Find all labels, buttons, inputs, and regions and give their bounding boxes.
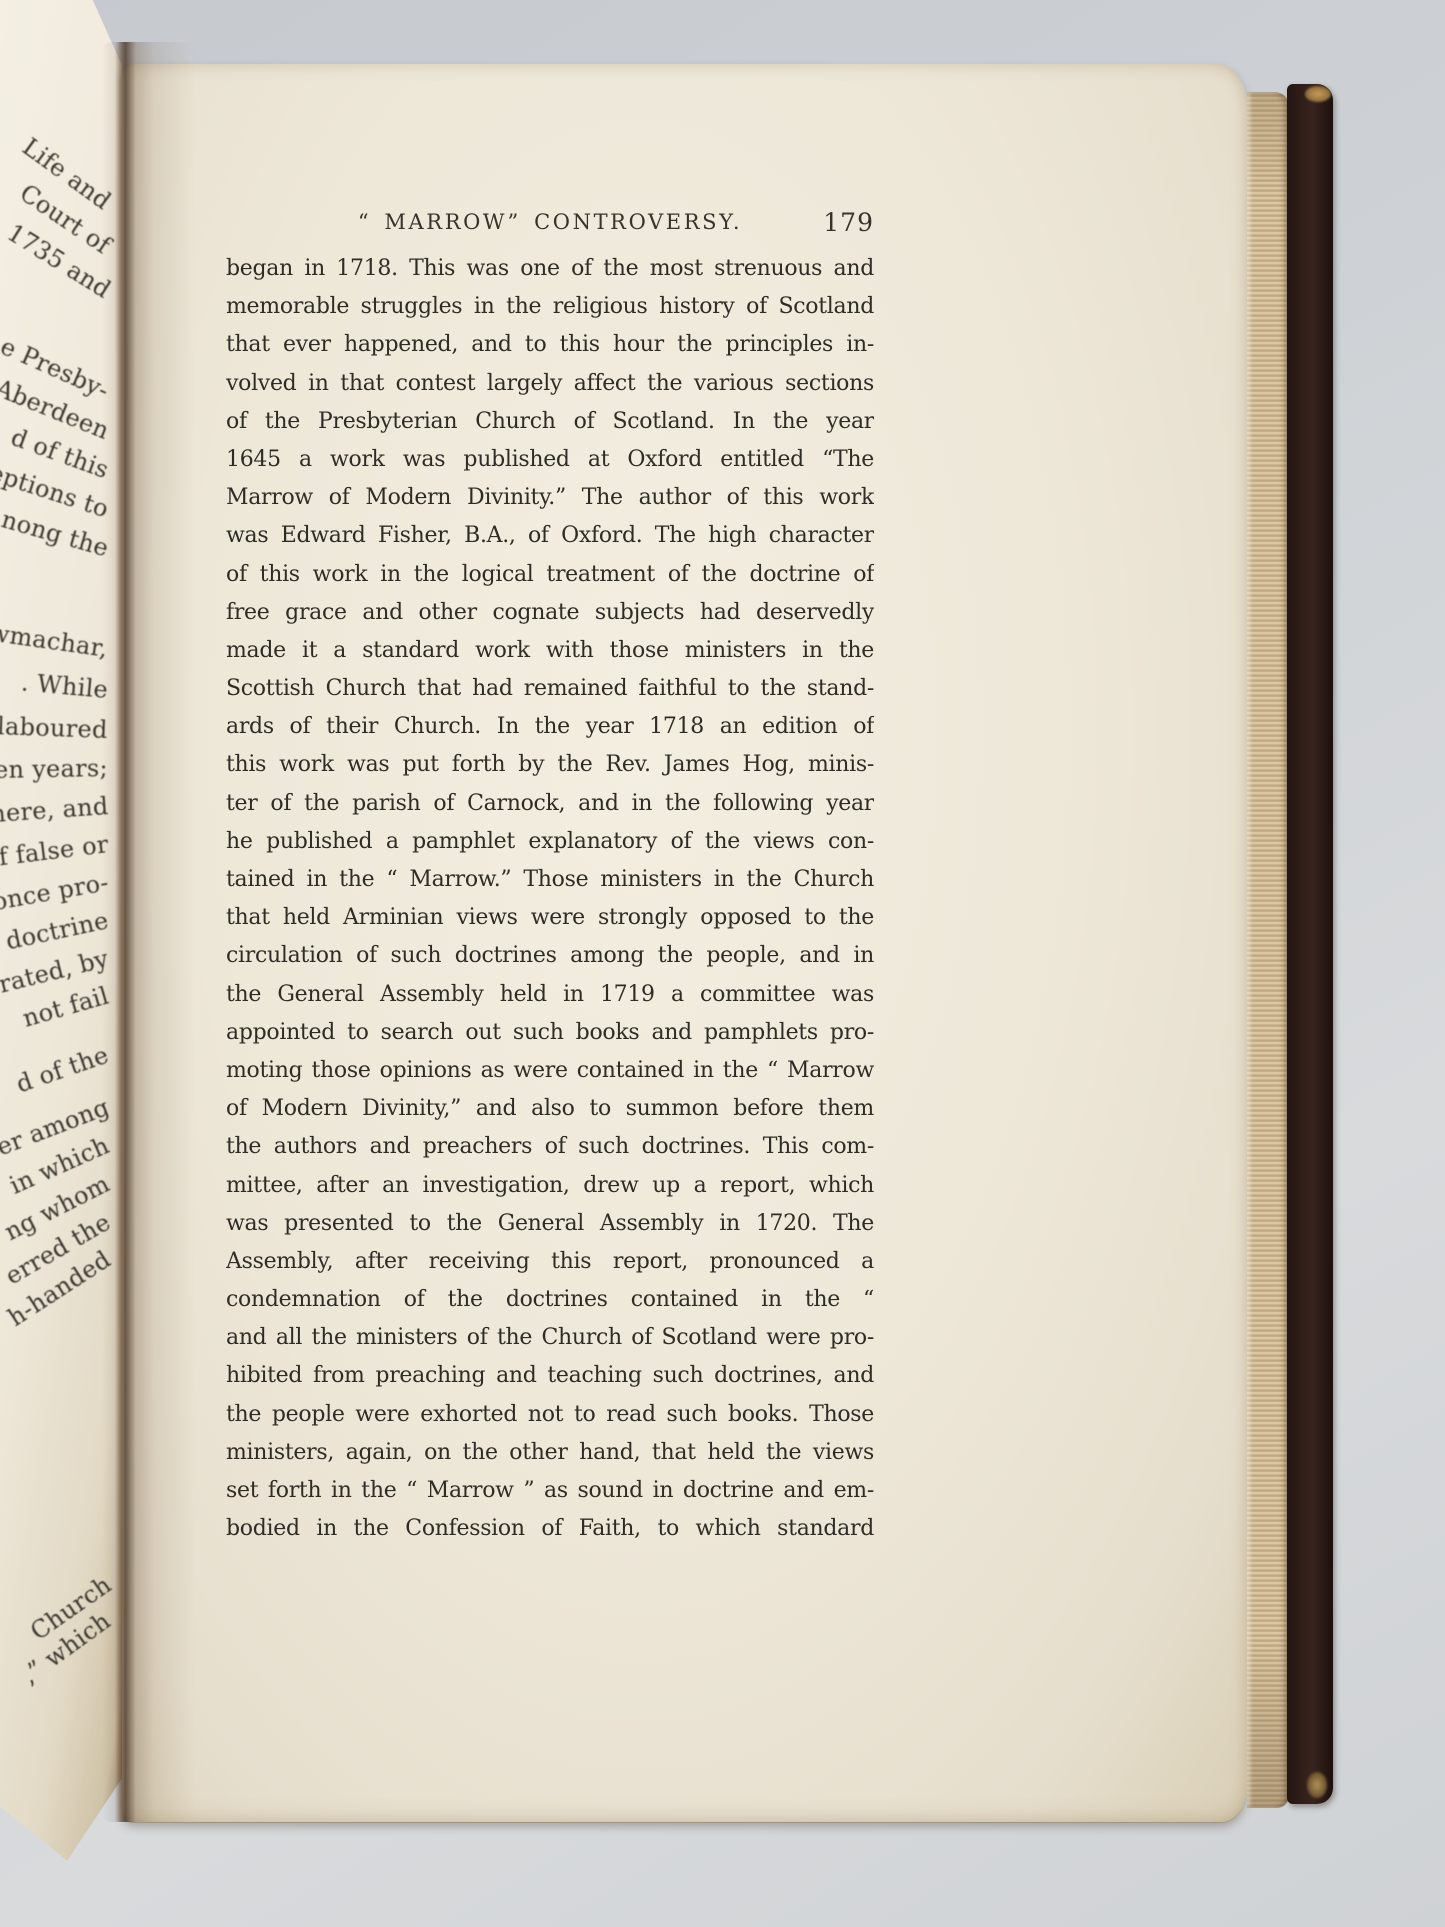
text-line: set forth in the “ Marrow ” as sound in … [226,1472,874,1510]
left-page-text-fragment: laboured [0,712,108,744]
text-line: of this work in the logical treatment of… [226,556,874,594]
text-line: Assembly, after receiving this report, p… [226,1243,874,1281]
photo-of-open-book: { "photo": { "background_color": "#d3d6d… [0,0,1445,1927]
text-line: memorable struggles in the religious his… [226,288,874,326]
left-page-text-fragment: here, and [0,792,109,828]
text-line: tained in the “ Marrow.” Those ministers… [226,861,874,899]
cover-wear-spot [1307,1772,1327,1798]
text-line: made it a standard work with those minis… [226,632,874,670]
text-line: circulation of such doctrines among the … [226,937,874,975]
text-line: he published a pamphlet explanatory of t… [226,823,874,861]
left-page-text-fragment: wmachar, [0,618,110,662]
text-line: hibited from preaching and teaching such… [226,1357,874,1395]
text-line: Scottish Church that had remained faithf… [226,670,874,708]
text-line: the authors and preachers of such doctri… [226,1128,874,1166]
book-cover [1287,84,1333,1804]
book-page: “ MARROW” CONTROVERSY. 179 began in 1718… [122,64,1247,1822]
text-line: the General Assembly held in 1719 a comm… [226,976,874,1014]
text-line: ards of their Church. In the year 1718 a… [226,708,874,746]
text-line: the people were exhorted not to read suc… [226,1396,874,1434]
page-number: 179 [823,208,874,237]
text-line: was presented to the General Assembly in… [226,1205,874,1243]
text-line: ministers, again, on the other hand, tha… [226,1434,874,1472]
running-header: “ MARROW” CONTROVERSY. [226,210,874,234]
left-page-text-fragment: en years; [0,754,108,784]
text-line: free grace and other cognate subjects ha… [226,594,874,632]
text-line: moting those opinions as were contained … [226,1052,874,1090]
text-line: was Edward Fisher, B.A., of Oxford. The … [226,517,874,555]
text-line: condemnation of the doctrines contained … [226,1281,874,1319]
running-header-row: “ MARROW” CONTROVERSY. 179 [226,210,874,244]
text-line: Marrow of Modern Divinity.” The author o… [226,479,874,517]
left-page-edge: Life andCourt of1735 ande Presby-Aberdee… [0,0,122,1872]
page-fore-edge [1247,92,1289,1808]
text-line: bodied in the Confession of Faith, to wh… [226,1510,874,1548]
text-line: ter of the parish of Carnock, and in the… [226,785,874,823]
text-line: of the Presbyterian Church of Scotland. … [226,403,874,441]
text-line: that held Arminian views were strongly o… [226,899,874,937]
page-text: began in 1718. This was one of the most … [226,250,874,1548]
text-line: mittee, after an investigation, drew up … [226,1167,874,1205]
text-line: 1645 a work was published at Oxford enti… [226,441,874,479]
text-line: of Modern Divinity,” and also to summon … [226,1090,874,1128]
text-line: that ever happened, and to this hour the… [226,326,874,364]
text-line: began in 1718. This was one of the most … [226,250,874,288]
left-page-text-fragment: f false or [0,830,110,871]
text-line: this work was put forth by the Rev. Jame… [226,746,874,784]
text-line: volved in that contest largely affect th… [226,365,874,403]
cover-wear-spot [1305,86,1331,102]
left-page-text-fragment: . While [20,668,109,703]
text-line: and all the ministers of the Church of S… [226,1319,874,1357]
text-line: appointed to search out such books and p… [226,1014,874,1052]
left-page-text-fragment: d of the [13,1041,113,1099]
